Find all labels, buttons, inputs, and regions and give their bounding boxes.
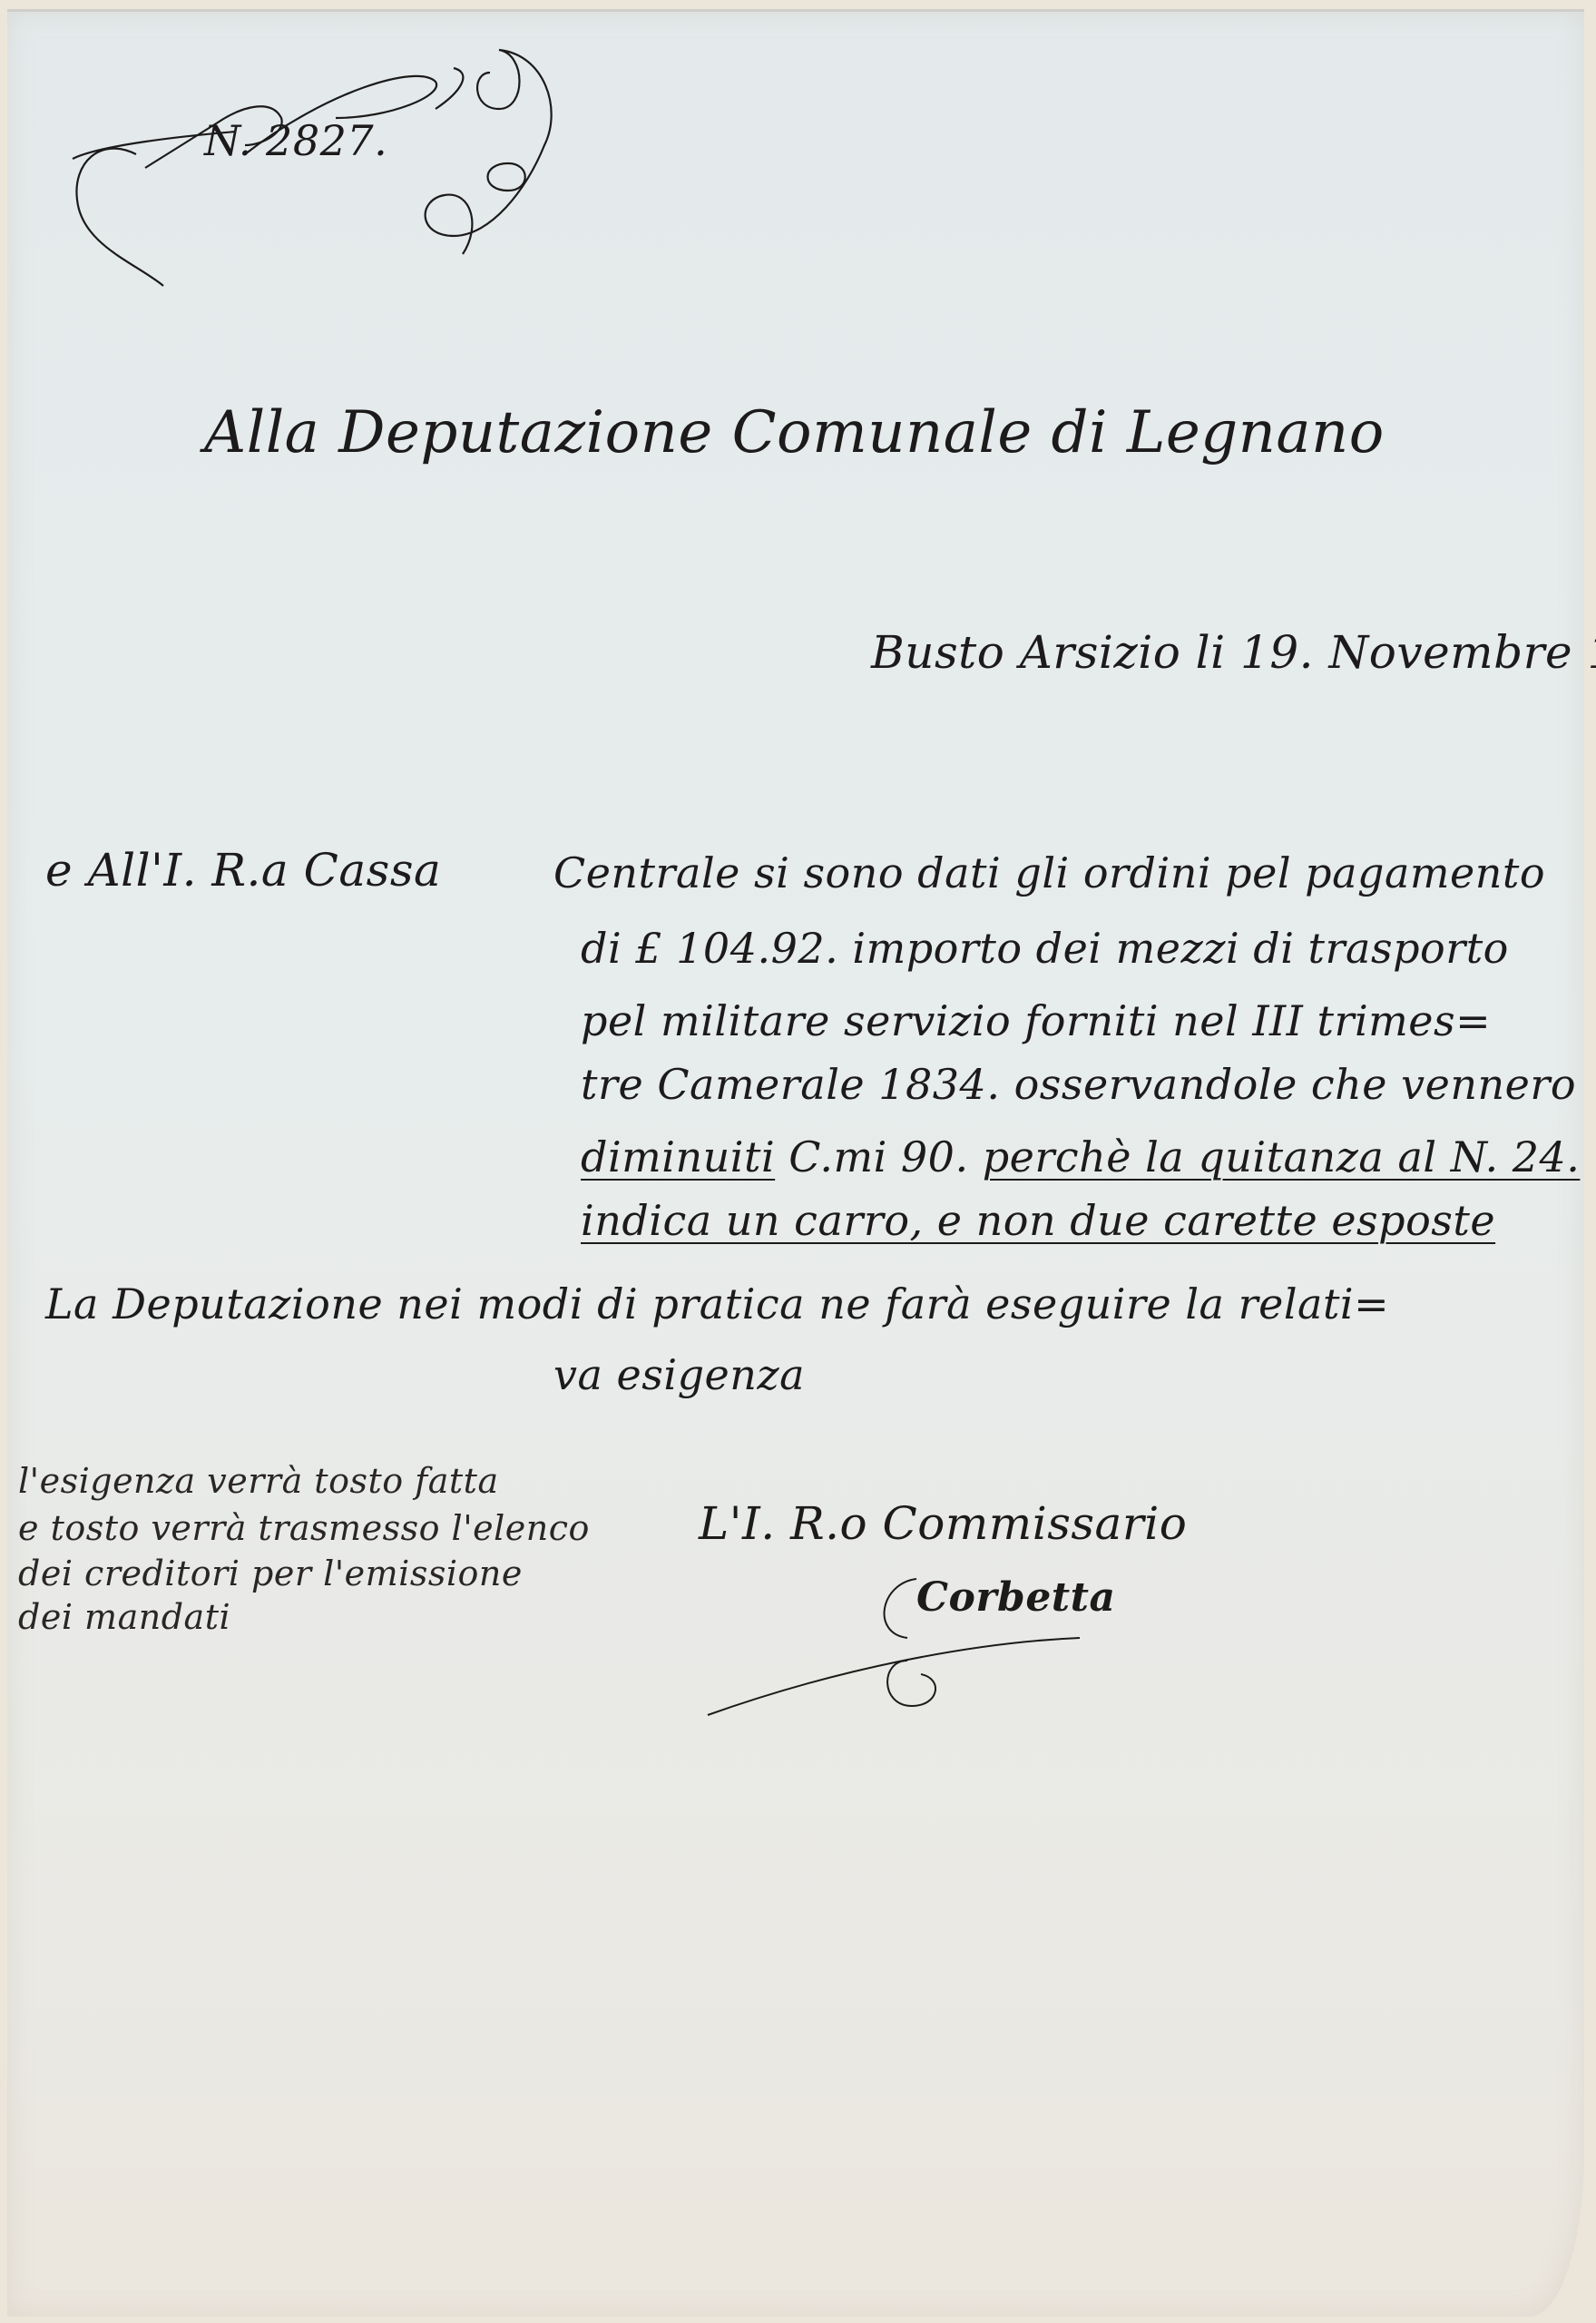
underlined-quitanza: perchè la quitanza al N. 24. [983,1132,1581,1181]
underlined-diminuiti: diminuiti [581,1132,775,1181]
body-line-5: diminuiti C.mi 90. perchè la quitanza al… [581,1132,1580,1181]
marginal-note-line-4: dei mandati [18,1597,230,1637]
body-line-4: tre Camerale 1834. osservandole che venn… [581,1060,1576,1109]
instruction-line-2: va esigenza [553,1350,805,1399]
signature-flourish [699,1561,1152,1724]
marginal-note-line-1: l'esigenza verrà tosto fatta [18,1461,499,1501]
body-line-1-right: Centrale si sono dati gli ordini pel pag… [553,848,1545,897]
addressee-heading: Alla Deputazione Comunale di Legnano [204,399,1385,466]
centesimi-amount: C.mi 90. [788,1132,968,1181]
marginal-note-line-2: e tosto verrà trasmesso l'elenco [18,1508,590,1548]
marginal-note-line-3: dei creditori per l'emissione [18,1554,523,1593]
signature-title: L'I. R.o Commissario [699,1497,1187,1550]
instruction-line-1: La Deputazione nei modi di pratica ne fa… [45,1279,1389,1328]
body-line-3: pel militare servizio forniti nel III tr… [581,996,1491,1045]
body-line-1-left: e All'I. R.a Cassa [45,844,441,897]
body-line-6: indica un carro, e non due carette espos… [581,1196,1495,1245]
protocol-number: N. 2827. [204,116,387,165]
body-line-2: di £ 104.92. importo dei mezzi di traspo… [581,924,1509,973]
place-date: Busto Arsizio li 19. Novembre 1834. [871,626,1596,679]
